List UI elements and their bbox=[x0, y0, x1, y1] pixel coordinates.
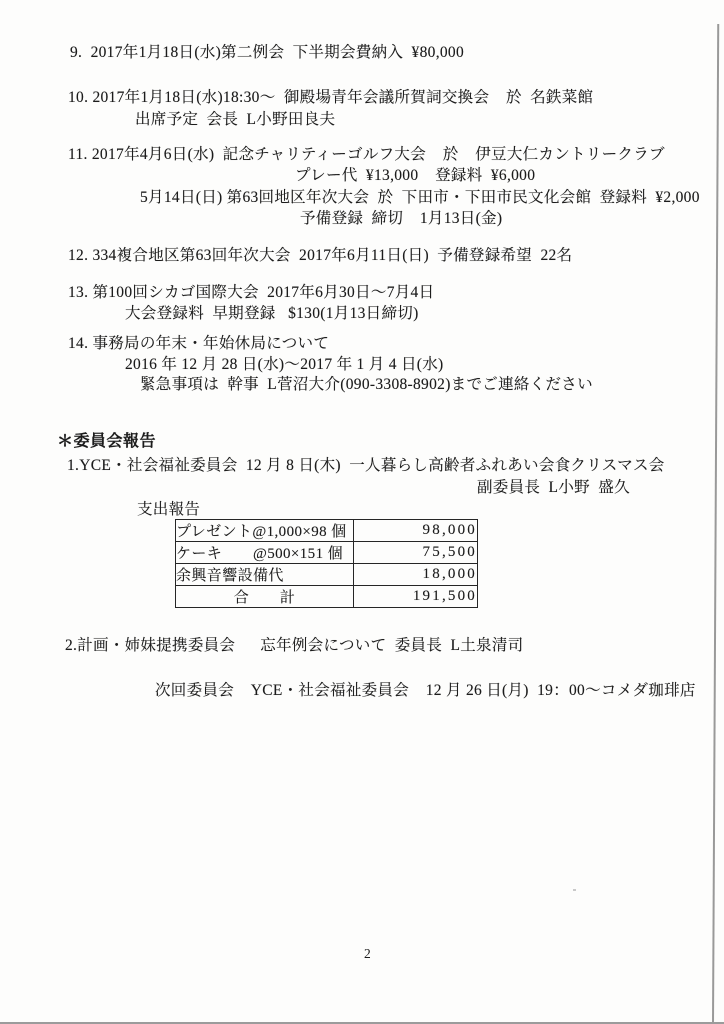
table-row: プレゼント@1,000×98 個 98,000 bbox=[176, 520, 478, 542]
expense-total-label: 合 計 bbox=[176, 586, 354, 608]
page-number: 2 bbox=[364, 946, 371, 962]
expense-report-label: 支出報告 bbox=[137, 500, 200, 519]
agenda-item-14-line3: 緊急事項は 幹事 L菅沼大介(090-3308-8902)までご連絡ください bbox=[140, 375, 593, 394]
table-row: 合 計 191,500 bbox=[176, 586, 478, 608]
expense-item-label: ケーキ @500×151 個 bbox=[176, 542, 354, 564]
committee-1-line1: 1.YCE・社会福祉委員会 12 月 8 日(木) 一人暮らし高齢者ふれあい会食… bbox=[67, 456, 665, 475]
agenda-item-11-line3: 5月14日(日) 第63回地区年次大会 於 下田市・下田市民文化会館 登録料 ¥… bbox=[140, 188, 700, 207]
agenda-item-10-line1: 10. 2017年1月18日(水)18:30～ 御殿場青年会議所賀詞交換会 於 … bbox=[68, 88, 593, 107]
scanned-document-page: 9. 2017年1月18日(水)第二例会 下半期会費納入 ¥80,000 10.… bbox=[0, 0, 724, 1024]
scan-edge-right-line bbox=[712, 24, 719, 1024]
agenda-item-11-line4: 予備登録 締切 1月13日(金) bbox=[300, 209, 502, 228]
agenda-item-14-line1: 14. 事務局の年末・年始休局について bbox=[68, 334, 329, 353]
agenda-item-11-line1: 11. 2017年4月6日(水) 記念チャリティーゴルフ大会 於 伊豆大仁カント… bbox=[68, 145, 665, 164]
scan-speck bbox=[573, 889, 576, 891]
agenda-item-11-line2: プレー代 ¥13,000 登録料 ¥6,000 bbox=[295, 166, 535, 185]
agenda-item-14-line2: 2016 年 12 月 28 日(水)～2017 年 1 月 4 日(水) bbox=[125, 355, 444, 374]
agenda-item-13-line2: 大会登録料 早期登録 $130(1月13日締切) bbox=[125, 304, 419, 323]
table-row: ケーキ @500×151 個 75,500 bbox=[176, 542, 478, 564]
committee-report-heading: ＊委員会報告 bbox=[57, 432, 156, 451]
expense-item-label: プレゼント@1,000×98 個 bbox=[176, 520, 354, 542]
agenda-item-13-line1: 13. 第100回シカゴ国際大会 2017年6月30日～7月4日 bbox=[68, 283, 434, 302]
expense-item-amount: 75,500 bbox=[354, 542, 478, 564]
expense-item-amount: 18,000 bbox=[354, 564, 478, 586]
expense-total-amount: 191,500 bbox=[354, 586, 478, 608]
committee-1-vice-chair: 副委員長 L小野 盛久 bbox=[477, 478, 630, 497]
agenda-item-10-line2: 出席予定 会長 L小野田良夫 bbox=[135, 110, 335, 129]
expense-item-label: 余興音響設備代 bbox=[176, 564, 354, 586]
table-row: 余興音響設備代 18,000 bbox=[176, 564, 478, 586]
expense-item-amount: 98,000 bbox=[354, 520, 478, 542]
agenda-item-9: 9. 2017年1月18日(水)第二例会 下半期会費納入 ¥80,000 bbox=[70, 43, 464, 62]
agenda-item-12: 12. 334複合地区第63回年次大会 2017年6月11日(日) 予備登録希望… bbox=[68, 246, 572, 265]
committee-2-line1: 2.計画・姉妹提携委員会 忘年例会について 委員長 L土泉清司 bbox=[65, 636, 523, 655]
next-meeting-line: 次回委員会 YCE・社会福祉委員会 12 月 26 日(月) 19：00～コメダ… bbox=[155, 681, 696, 700]
expense-table: プレゼント@1,000×98 個 98,000 ケーキ @500×151 個 7… bbox=[175, 519, 478, 608]
